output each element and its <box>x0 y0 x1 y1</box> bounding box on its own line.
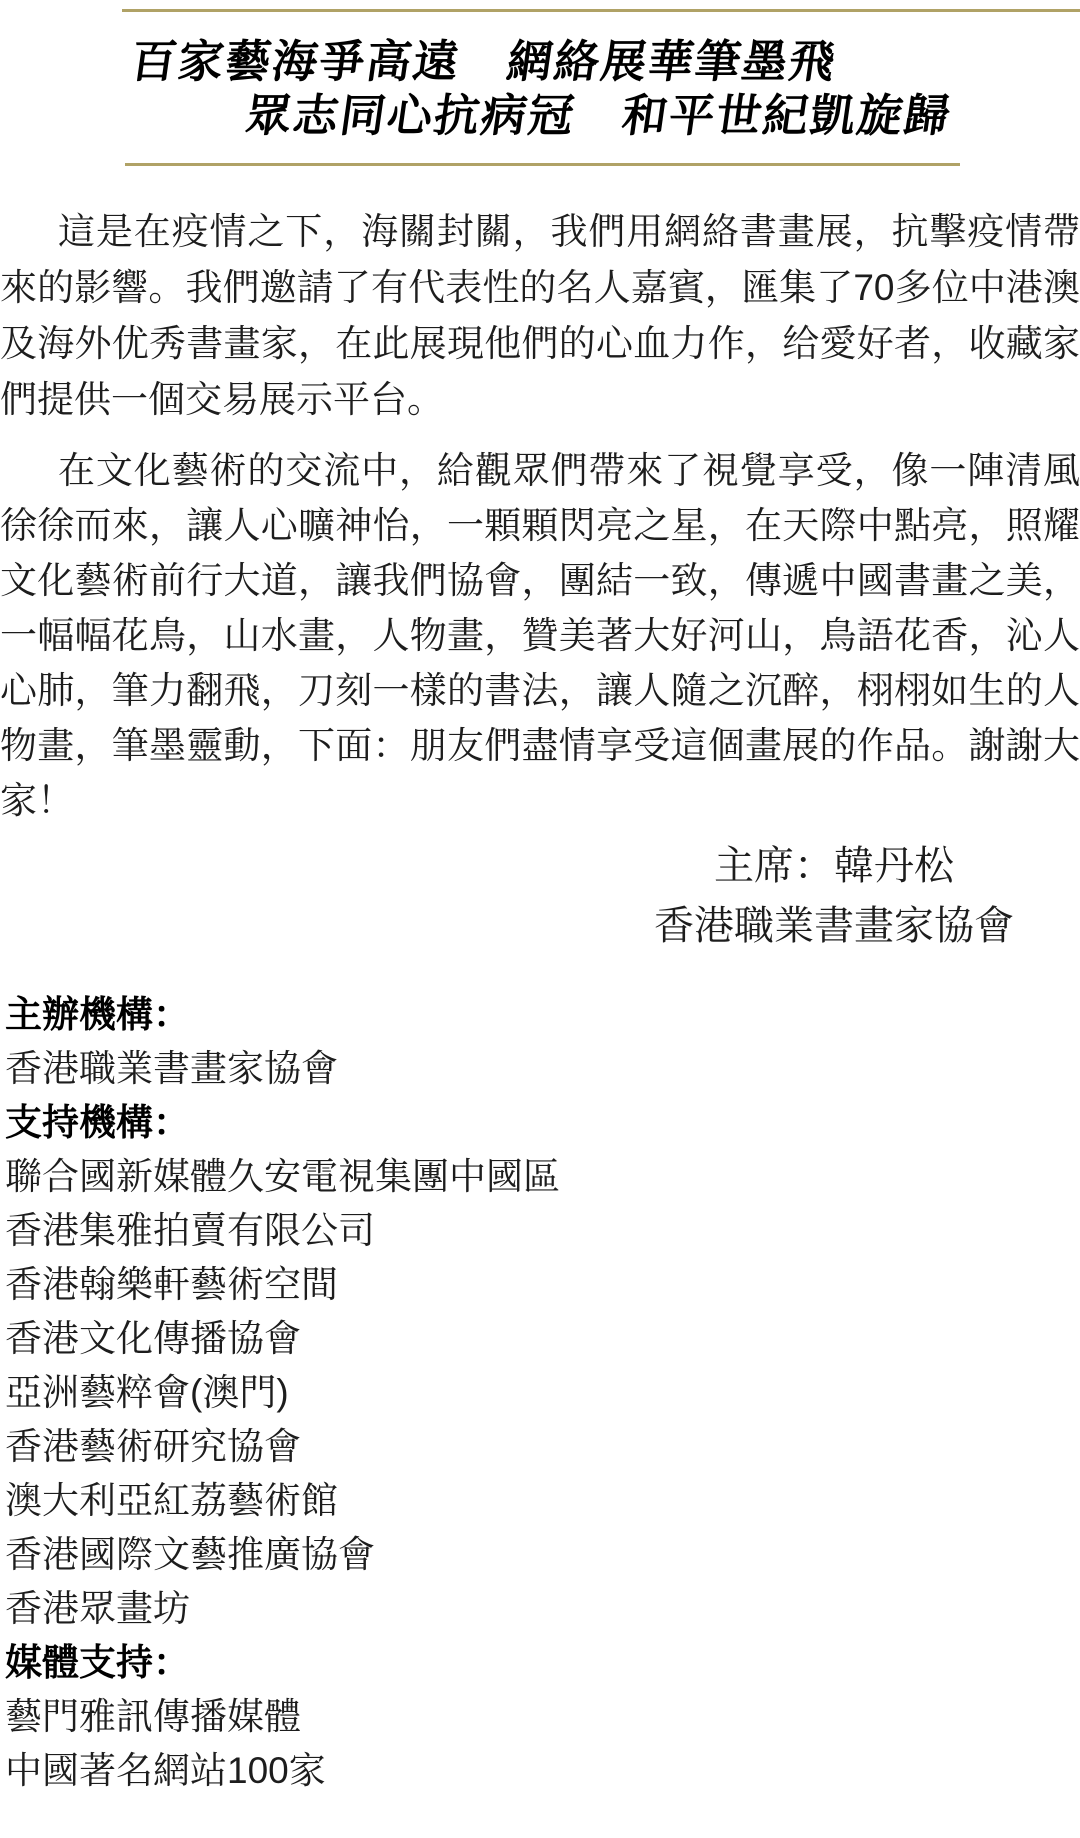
credit-heading-supporters: 支持機構： <box>5 1096 560 1150</box>
couplet-line-2: 眾志同心抗病冠 和平世紀凱旋歸 <box>243 92 955 140</box>
signature-block: 主席：韓丹松 香港職業書畫家協會 <box>588 836 1080 956</box>
credit-supporter-item-1: 聯合國新媒體久安電視集團中國區 <box>5 1150 560 1204</box>
credit-supporter-item-9: 香港眾畫坊 <box>5 1582 560 1636</box>
credit-media-item-2: 中國著名網站100家 <box>5 1744 560 1798</box>
couplet-bottom-divider-rule <box>125 163 960 166</box>
paragraph-intro: 這是在疫情之下，海關封關，我們用網絡書畫展，抗擊疫情帶來的影響。我們邀請了有代表… <box>0 204 1080 428</box>
top-divider-rule <box>122 9 1080 12</box>
credit-media-item-1: 藝門雅訊傳播媒體 <box>5 1690 560 1744</box>
credit-supporter-item-6: 香港藝術研究協會 <box>5 1420 560 1474</box>
signature-chairman-line: 主席：韓丹松 <box>588 836 1080 896</box>
credit-supporter-item-5: 亞洲藝粹會(澳門) <box>5 1366 560 1420</box>
document-page: 百家藝海爭高遠 網絡展華筆墨飛 眾志同心抗病冠 和平世紀凱旋歸 這是在疫情之下，… <box>0 0 1080 1838</box>
signature-association-line: 香港職業書畫家協會 <box>588 896 1080 956</box>
credit-heading-organizer: 主辦機構： <box>5 988 560 1042</box>
couplet-line-1: 百家藝海爭高遠 網絡展華筆墨飛 <box>128 38 840 86</box>
credit-heading-media-support: 媒體支持： <box>5 1636 560 1690</box>
credit-supporter-item-3: 香港翰樂軒藝術空間 <box>5 1258 560 1312</box>
credits-list: 主辦機構： 香港職業書畫家協會 支持機構： 聯合國新媒體久安電視集團中國區 香港… <box>5 988 560 1798</box>
credit-supporter-item-8: 香港國際文藝推廣協會 <box>5 1528 560 1582</box>
paragraph-main: 在文化藝術的交流中，給觀眾們帶來了視覺享受，像一陣清風徐徐而來，讓人心曠神怡，一… <box>0 443 1080 828</box>
credit-organizer-item: 香港職業書畫家協會 <box>5 1042 560 1096</box>
credit-supporter-item-2: 香港集雅拍賣有限公司 <box>5 1204 560 1258</box>
credit-supporter-item-4: 香港文化傳播協會 <box>5 1312 560 1366</box>
credit-supporter-item-7: 澳大利亞紅荔藝術館 <box>5 1474 560 1528</box>
